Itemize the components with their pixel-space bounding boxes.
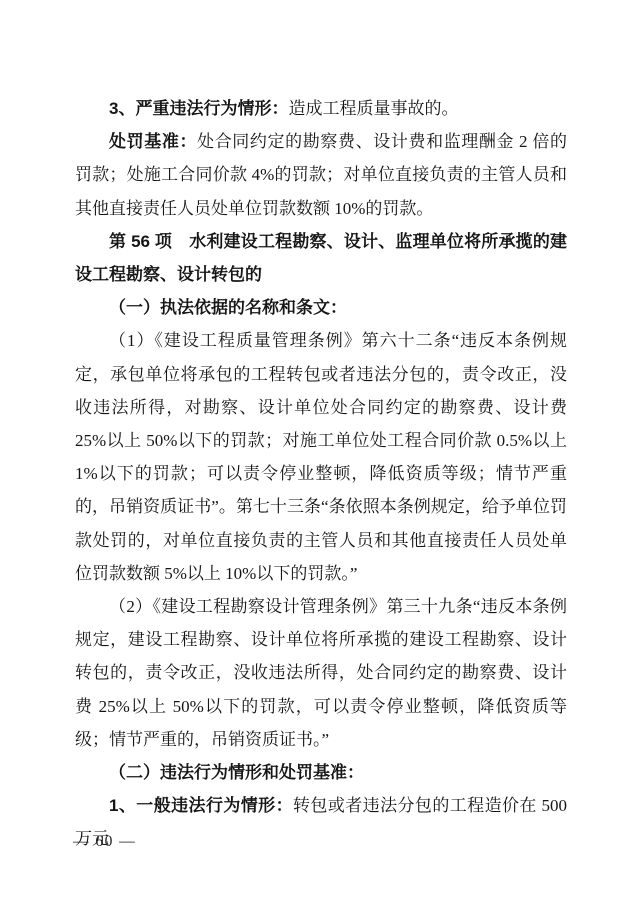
page-number: — 60 — <box>73 833 136 850</box>
heading-item-56: 第 56 项 水利建设工程勘察、设计、监理单位将所承揽的建设工程勘察、设计转包的 <box>75 225 567 291</box>
heading-section-1: （一）执法依据的名称和条文： <box>75 291 567 324</box>
heading-section-1-title: （一）执法依据的名称和条文： <box>109 298 347 317</box>
page-footer: — 60 — <box>73 833 136 851</box>
para-penalty-benchmark: 处罚基准：处合同约定的勘察费、设计费和监理酬金 2 倍的罚款；处施工合同价款 4… <box>75 125 567 225</box>
para-regulation-survey-design: （2）《建设工程勘察设计管理条例》第三十九条“违反本条例规定，建设工程勘察、设计… <box>75 590 567 756</box>
document-body: 3、严重违法行为情形：造成工程质量事故的。 处罚基准：处合同约定的勘察费、设计费… <box>75 92 567 856</box>
para-general-violation-lead: 1、一般违法行为情形： <box>109 796 293 815</box>
para-regulation-quality-text: （1）《建设工程质量管理条例》第六十二条“违反本条例规定，承包单位将承包的工程转… <box>75 331 567 582</box>
document-page: 3、严重违法行为情形：造成工程质量事故的。 处罚基准：处合同约定的勘察费、设计费… <box>0 0 635 898</box>
para-regulation-survey-design-text: （2）《建设工程勘察设计管理条例》第三十九条“违反本条例规定，建设工程勘察、设计… <box>75 597 567 749</box>
para-penalty-benchmark-lead: 处罚基准： <box>109 132 197 151</box>
para-severe-violation-lead: 3、严重违法行为情形： <box>109 99 288 118</box>
para-regulation-quality: （1）《建设工程质量管理条例》第六十二条“违反本条例规定，承包单位将承包的工程转… <box>75 324 567 590</box>
heading-section-2-title: （二）违法行为情形和处罚基准： <box>109 763 364 782</box>
para-severe-violation: 3、严重违法行为情形：造成工程质量事故的。 <box>75 92 567 125</box>
heading-item-56-title: 第 56 项 水利建设工程勘察、设计、监理单位将所承揽的建设工程勘察、设计转包的 <box>75 232 567 284</box>
heading-section-2: （二）违法行为情形和处罚基准： <box>75 756 567 789</box>
para-general-violation: 1、一般违法行为情形：转包或者违法分包的工程造价在 500 万元 <box>75 789 567 855</box>
para-severe-violation-text: 造成工程质量事故的。 <box>288 99 458 118</box>
